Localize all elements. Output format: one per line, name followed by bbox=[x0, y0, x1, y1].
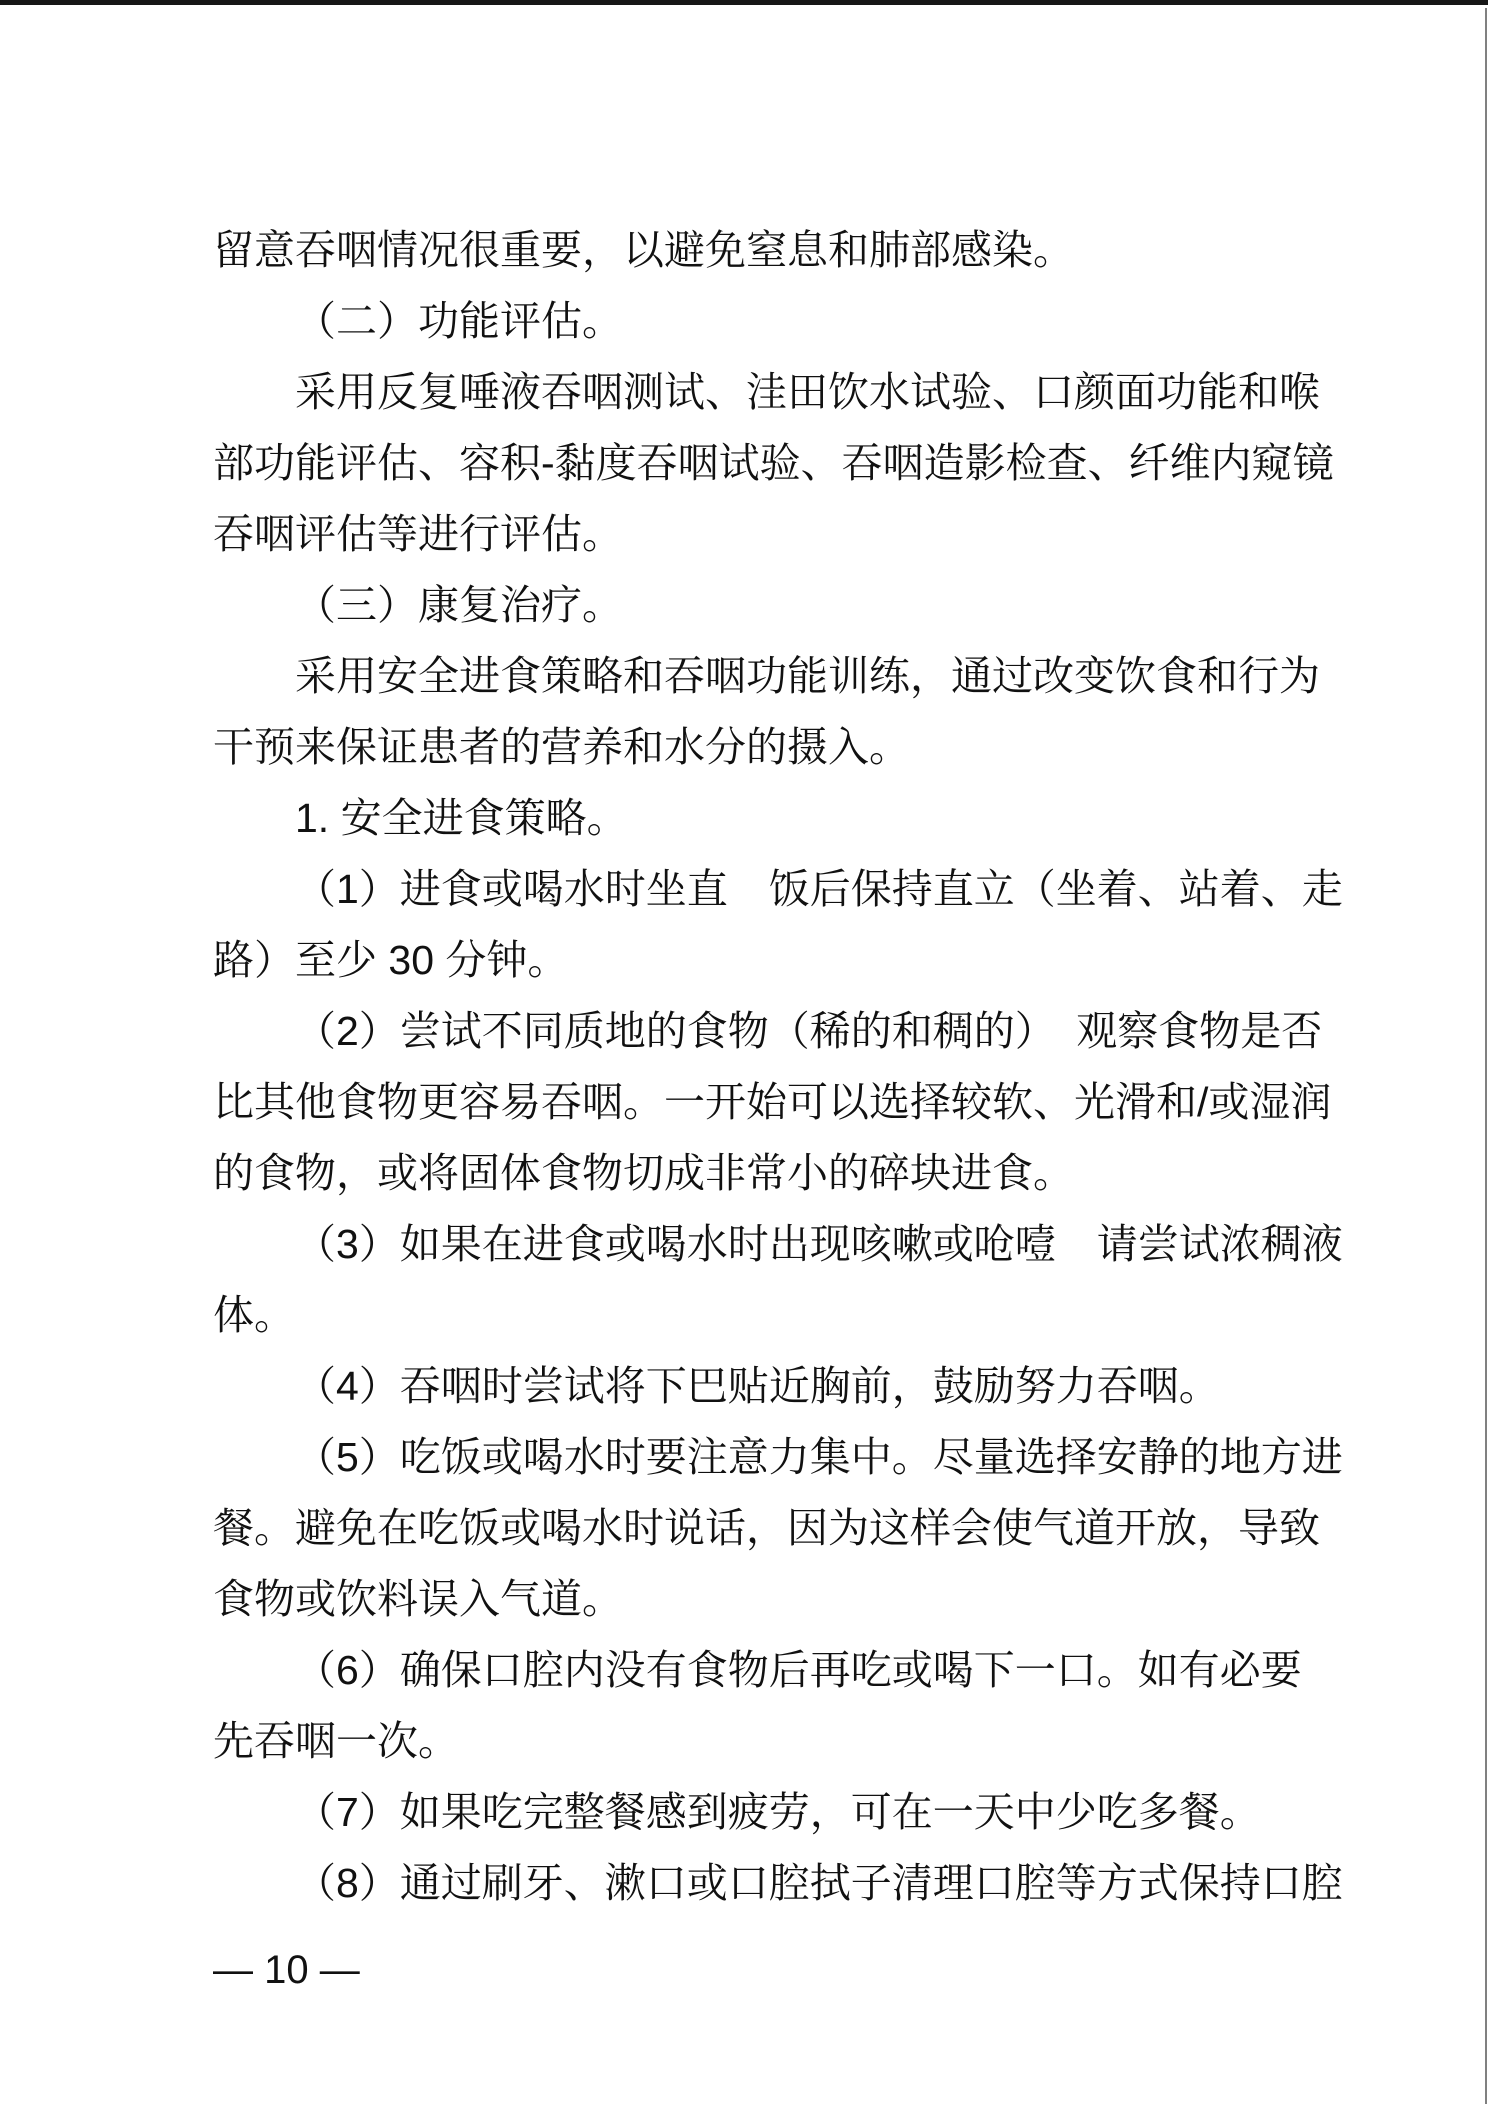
text-line: 比其他食物更容易吞咽。一开始可以选择较软、光滑和/或湿润 bbox=[213, 1067, 1328, 1138]
text-line: 餐。避免在吃饭或喝水时说话，因为这样会使气道开放，导致 bbox=[213, 1493, 1328, 1564]
page-number: — 10 — bbox=[213, 1945, 360, 1995]
text-line-list-item: （3）如果在进食或喝水时出现咳嗽或呛噎 请尝试浓稠液 bbox=[213, 1209, 1328, 1280]
page-right-edge-artifact bbox=[1485, 8, 1487, 2104]
text-line: 部功能评估、容积-黏度吞咽试验、吞咽造影检查、纤维内窥镜 bbox=[213, 428, 1328, 499]
text-line-list-item: （6）确保口腔内没有食物后再吃或喝下一口。如有必要 bbox=[213, 1635, 1328, 1706]
text-line: 留意吞咽情况很重要，以避免窒息和肺部感染。 bbox=[213, 215, 1328, 286]
text-line-list-item: （2）尝试不同质地的食物（稀的和稠的） 观察食物是否 bbox=[213, 996, 1328, 1067]
text-line-list-item: （8）通过刷牙、漱口或口腔拭子清理口腔等方式保持口腔 bbox=[213, 1848, 1328, 1919]
text-line: 的食物，或将固体食物切成非常小的碎块进食。 bbox=[213, 1138, 1328, 1209]
text-line-subsection-heading: 1. 安全进食策略。 bbox=[213, 783, 1328, 854]
text-line: 先吞咽一次。 bbox=[213, 1706, 1328, 1777]
text-line-list-item: （5）吃饭或喝水时要注意力集中。尽量选择安静的地方进 bbox=[213, 1422, 1328, 1493]
text-line-list-item: （1）进食或喝水时坐直 饭后保持直立（坐着、站着、走 bbox=[213, 854, 1328, 925]
body-text-block: 留意吞咽情况很重要，以避免窒息和肺部感染。 （二）功能评估。 采用反复唾液吞咽测… bbox=[213, 215, 1328, 1919]
text-line: 吞咽评估等进行评估。 bbox=[213, 499, 1328, 570]
text-line: 路）至少 30 分钟。 bbox=[213, 925, 1328, 996]
text-line: 采用反复唾液吞咽测试、洼田饮水试验、口颜面功能和喉 bbox=[213, 357, 1328, 428]
document-page: 留意吞咽情况很重要，以避免窒息和肺部感染。 （二）功能评估。 采用反复唾液吞咽测… bbox=[0, 0, 1488, 2104]
text-line-list-item: （7）如果吃完整餐感到疲劳，可在一天中少吃多餐。 bbox=[213, 1777, 1328, 1848]
text-line: 食物或饮料误入气道。 bbox=[213, 1564, 1328, 1635]
text-line: 干预来保证患者的营养和水分的摄入。 bbox=[213, 712, 1328, 783]
text-line-list-item: （4）吞咽时尝试将下巴贴近胸前，鼓励努力吞咽。 bbox=[213, 1351, 1328, 1422]
page-top-edge-artifact bbox=[0, 0, 1488, 5]
text-line: 体。 bbox=[213, 1280, 1328, 1351]
text-line: 采用安全进食策略和吞咽功能训练，通过改变饮食和行为 bbox=[213, 641, 1328, 712]
text-line-section-heading: （二）功能评估。 bbox=[213, 286, 1328, 357]
text-line-section-heading: （三）康复治疗。 bbox=[213, 570, 1328, 641]
